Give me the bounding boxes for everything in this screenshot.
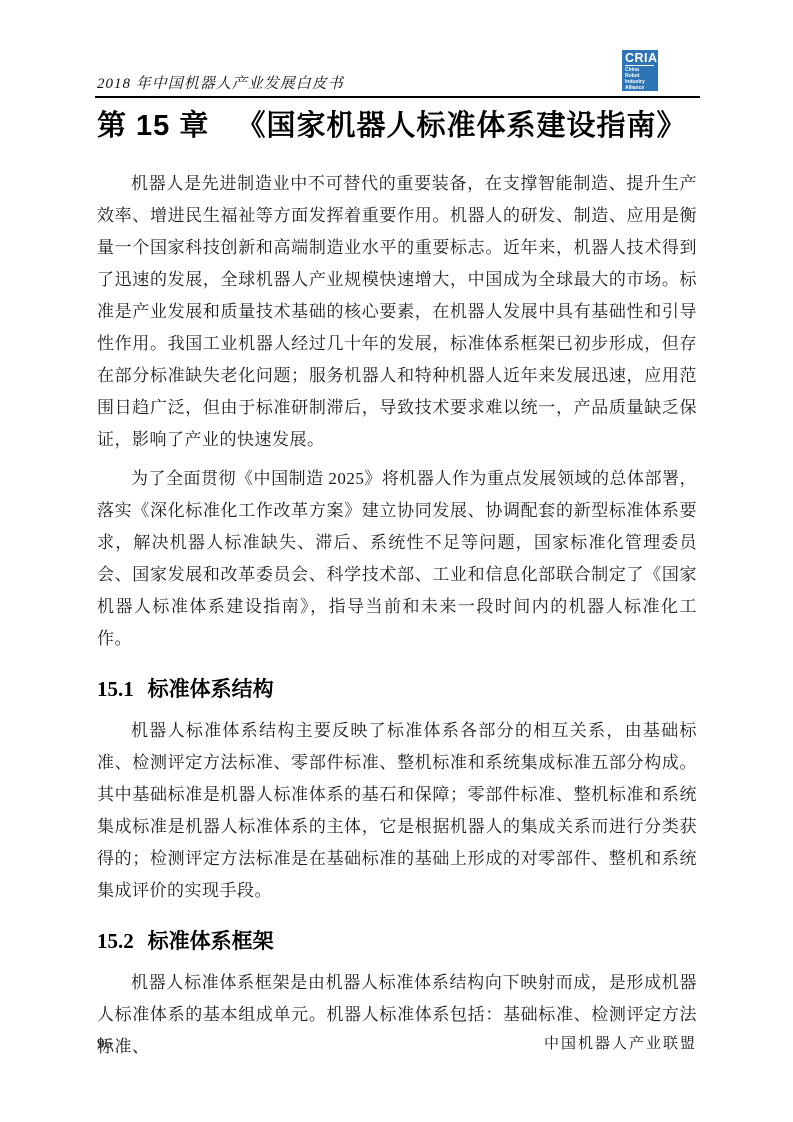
- page-footer: 96 中国机器人产业联盟: [97, 1032, 697, 1053]
- section-title-15-1: 标准体系结构: [148, 678, 274, 701]
- section-15-1-paragraph: 机器人标准体系结构主要反映了标准体系各部分的相互关系，由基础标准、检测评定方法标…: [97, 715, 697, 907]
- page-number: 96: [97, 1036, 112, 1053]
- chapter-title: 《国家机器人标准体系建设指南》: [236, 110, 686, 142]
- section-heading-15-1: 15.1 标准体系结构: [97, 676, 697, 703]
- intro-paragraph-1: 机器人是先进制造业中不可替代的重要装备，在支撑智能制造、提升生产效率、增进民生福…: [97, 168, 697, 456]
- section-title-15-2: 标准体系框架: [148, 930, 274, 953]
- section-number-15-1: 15.1: [97, 677, 134, 701]
- page-content: 第 15 章 《国家机器人标准体系建设指南》 机器人是先进制造业中不可替代的重要…: [97, 0, 697, 1063]
- chapter-number: 第 15 章: [97, 110, 209, 142]
- chapter-heading: 第 15 章 《国家机器人标准体系建设指南》: [97, 108, 697, 144]
- intro-paragraph-2: 为了全面贯彻《中国制造 2025》将机器人作为重点发展领域的总体部署，落实《深化…: [97, 463, 697, 655]
- footer-organization: 中国机器人产业联盟: [544, 1032, 697, 1053]
- document-page: 2018 年中国机器人产业发展白皮书 CRIA China Robot Indu…: [0, 0, 793, 1122]
- section-heading-15-2: 15.2 标准体系框架: [97, 928, 697, 955]
- section-number-15-2: 15.2: [97, 929, 134, 953]
